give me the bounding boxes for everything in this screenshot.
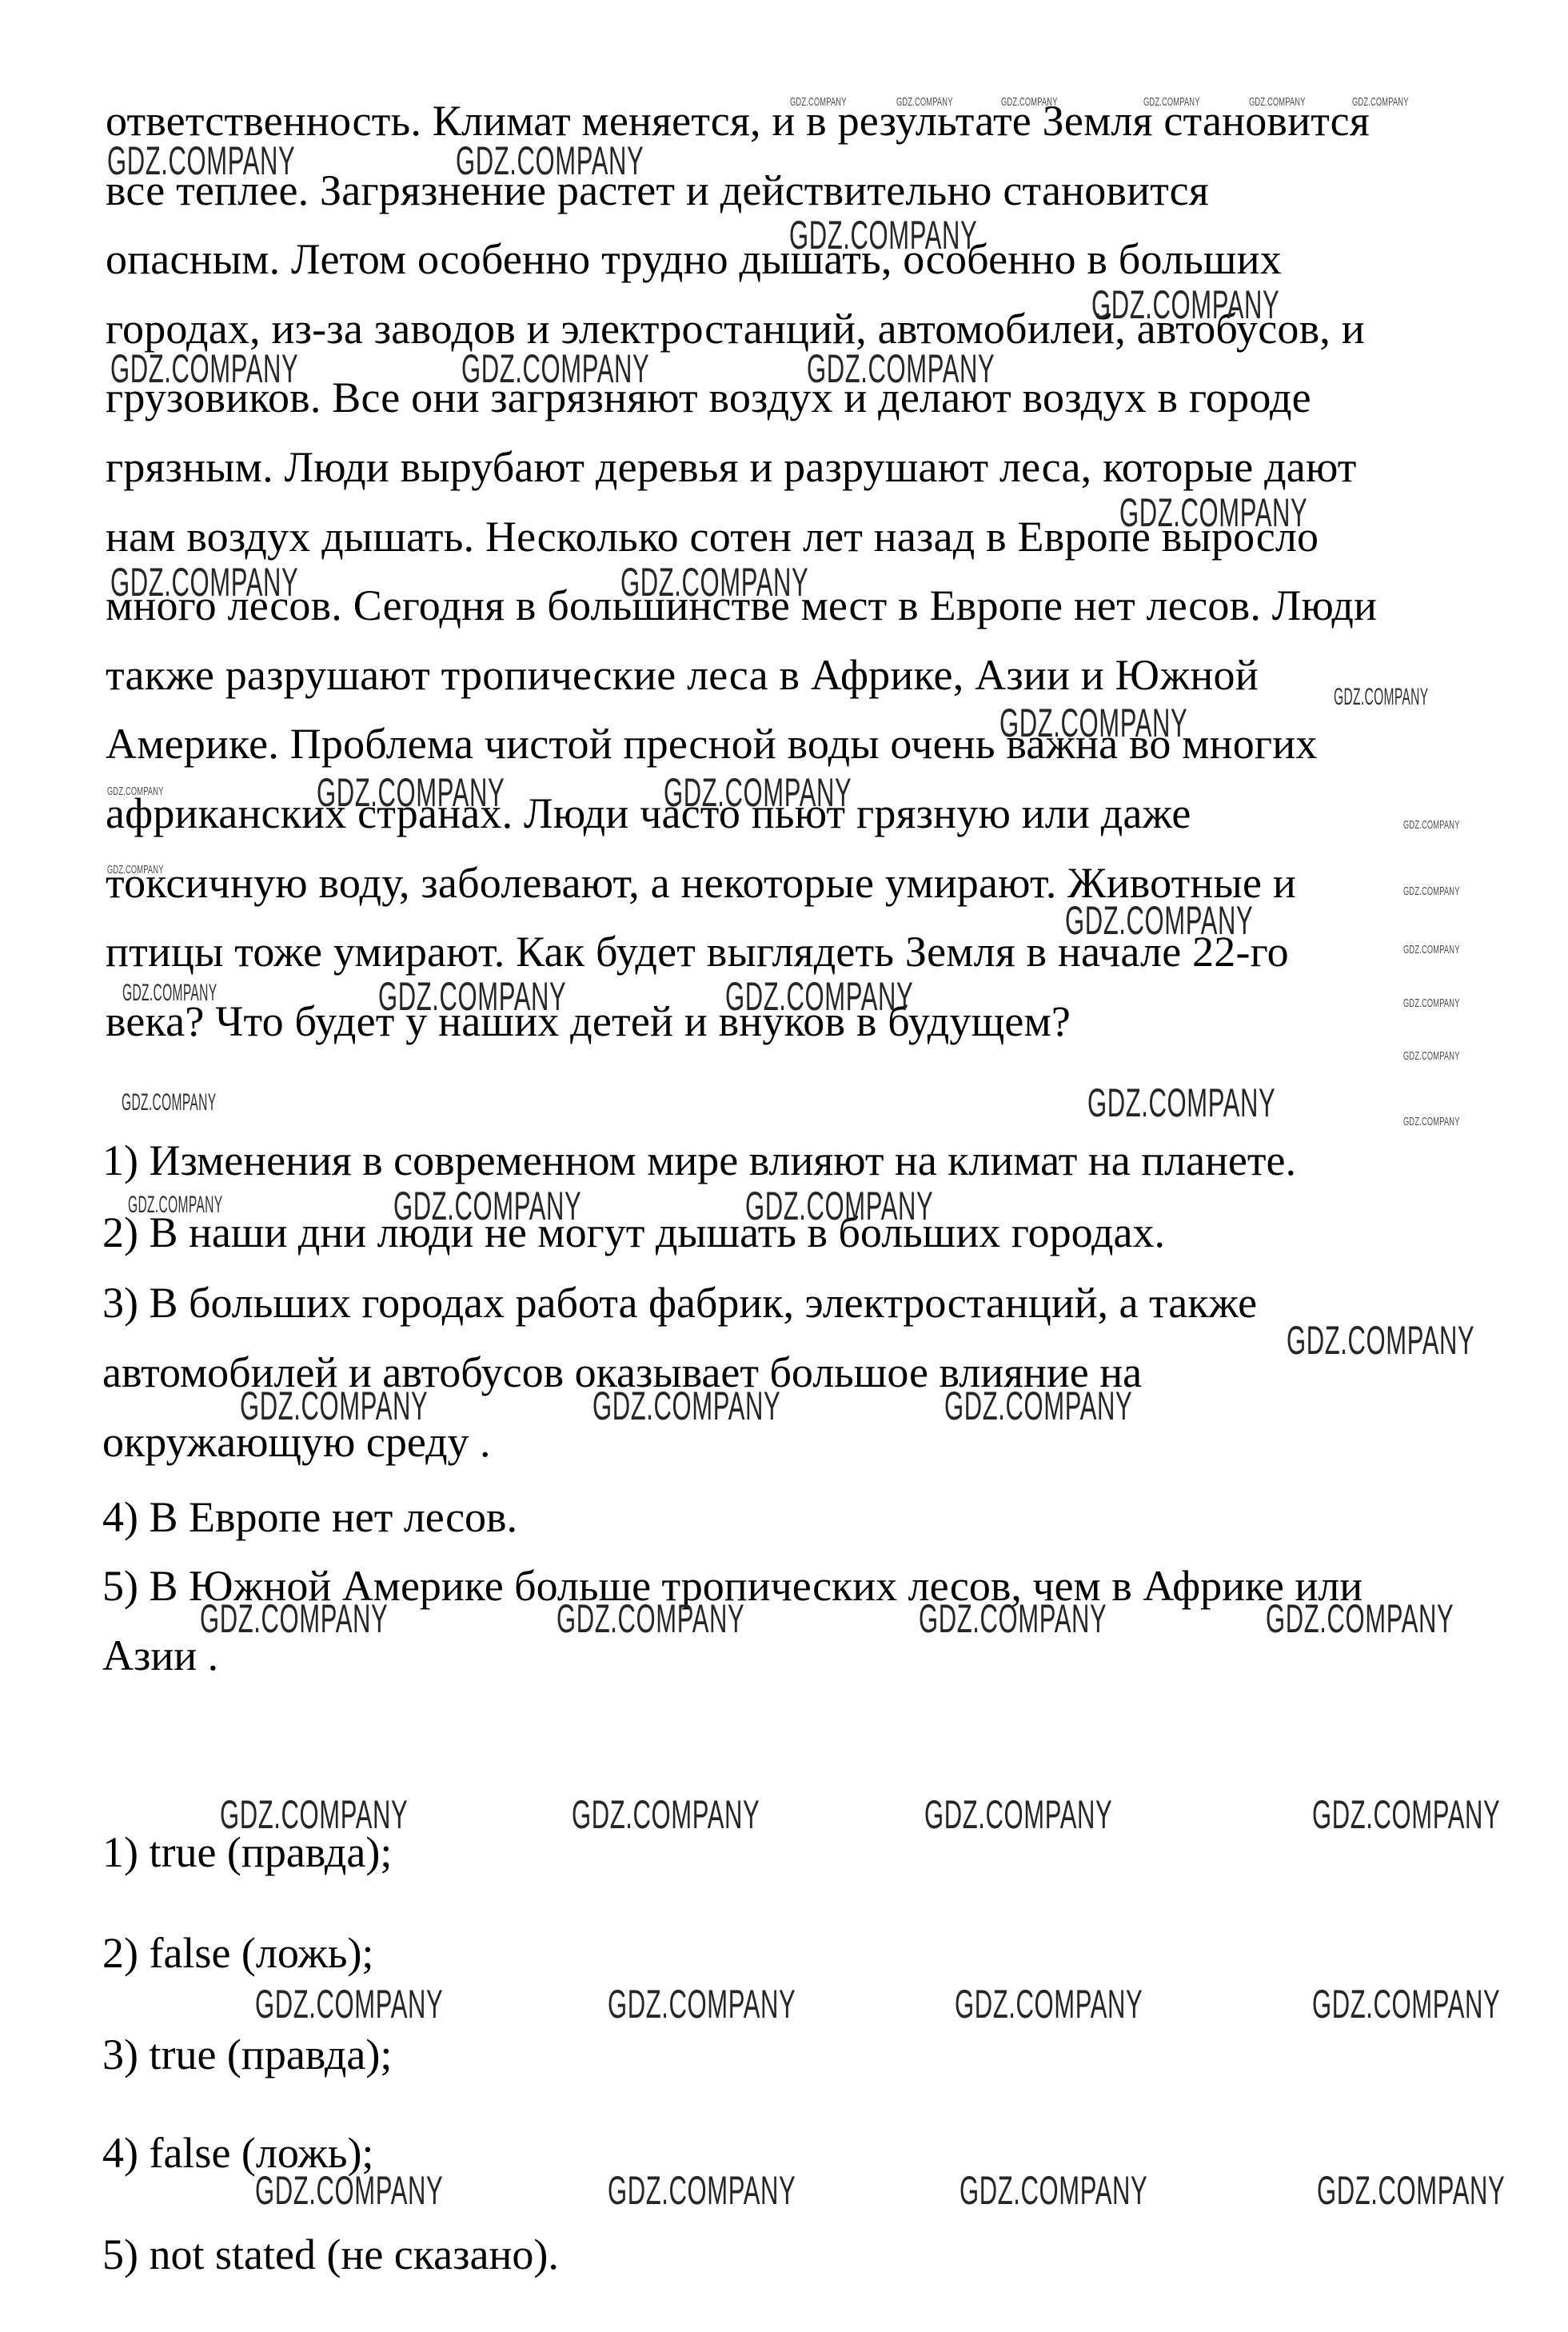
gdz-company-watermark: GDZ.COMPANY bbox=[1403, 1049, 1460, 1063]
gdz-company-watermark: GDZ.COMPANY bbox=[592, 1383, 780, 1429]
gdz-company-watermark: GDZ.COMPANY bbox=[999, 700, 1187, 746]
gdz-company-watermark: GDZ.COMPANY bbox=[608, 2167, 796, 2214]
gdz-company-watermark: GDZ.COMPANY bbox=[924, 1791, 1112, 1838]
gdz-company-watermark: GDZ.COMPANY bbox=[620, 559, 808, 605]
gdz-company-watermark: GDZ.COMPANY bbox=[317, 769, 505, 816]
gdz-company-watermark: GDZ.COMPANY bbox=[725, 973, 913, 1020]
gdz-company-watermark: GDZ.COMPANY bbox=[1001, 95, 1058, 109]
gdz-company-watermark: GDZ.COMPANY bbox=[789, 212, 977, 258]
statement-item: 4) В Европе нет лесов. bbox=[102, 1483, 517, 1552]
gdz-company-watermark: GDZ.COMPANY bbox=[1403, 996, 1460, 1010]
gdz-company-watermark: GDZ.COMPANY bbox=[955, 1981, 1143, 2027]
gdz-company-watermark: GDZ.COMPANY bbox=[807, 345, 995, 392]
gdz-company-watermark: GDZ.COMPANY bbox=[1065, 897, 1253, 944]
statement-line: 1) Изменения в современном мире влияют н… bbox=[102, 1126, 1296, 1196]
gdz-company-watermark: GDZ.COMPANY bbox=[456, 138, 644, 184]
gdz-company-watermark: GDZ.COMPANY bbox=[107, 863, 164, 876]
gdz-company-watermark: GDZ.COMPANY bbox=[1087, 1080, 1275, 1126]
gdz-company-watermark: GDZ.COMPANY bbox=[1403, 818, 1460, 832]
gdz-company-watermark: GDZ.COMPANY bbox=[1249, 95, 1306, 109]
gdz-company-watermark: GDZ.COMPANY bbox=[378, 973, 566, 1020]
gdz-company-watermark: GDZ.COMPANY bbox=[572, 1791, 760, 1838]
gdz-company-watermark: GDZ.COMPANY bbox=[1403, 1115, 1460, 1128]
gdz-company-watermark: GDZ.COMPANY bbox=[255, 2167, 443, 2214]
statement-item: 3) В больших городах работа фабрик, элек… bbox=[102, 1268, 1257, 1477]
gdz-company-watermark: GDZ.COMPANY bbox=[110, 345, 298, 392]
gdz-company-watermark: GDZ.COMPANY bbox=[200, 1595, 388, 1642]
gdz-company-watermark: GDZ.COMPANY bbox=[944, 1383, 1132, 1429]
gdz-company-watermark: GDZ.COMPANY bbox=[1352, 95, 1409, 109]
gdz-company-watermark: GDZ.COMPANY bbox=[896, 95, 953, 109]
gdz-company-watermark: GDZ.COMPANY bbox=[220, 1791, 408, 1838]
document-page: ответственность. Климат меняется, и в ре… bbox=[0, 0, 1568, 2332]
gdz-company-watermark: GDZ.COMPANY bbox=[1334, 684, 1428, 711]
gdz-company-watermark: GDZ.COMPANY bbox=[393, 1183, 581, 1229]
gdz-company-watermark: GDZ.COMPANY bbox=[1403, 884, 1460, 898]
gdz-company-watermark: GDZ.COMPANY bbox=[919, 1595, 1107, 1642]
gdz-company-watermark: GDZ.COMPANY bbox=[1119, 489, 1307, 536]
gdz-company-watermark: GDZ.COMPANY bbox=[1091, 282, 1279, 328]
gdz-company-watermark: GDZ.COMPANY bbox=[461, 345, 649, 392]
gdz-company-watermark: GDZ.COMPANY bbox=[960, 2167, 1147, 2214]
gdz-company-watermark: GDZ.COMPANY bbox=[122, 980, 217, 1007]
gdz-company-watermark: GDZ.COMPANY bbox=[608, 1981, 796, 2027]
statement-line: 4) В Европе нет лесов. bbox=[102, 1483, 517, 1552]
gdz-company-watermark: GDZ.COMPANY bbox=[128, 1192, 222, 1219]
statement-line: 3) В больших городах работа фабрик, элек… bbox=[102, 1268, 1257, 1338]
statement-item: 1) Изменения в современном мире влияют н… bbox=[102, 1126, 1296, 1196]
gdz-company-watermark: GDZ.COMPANY bbox=[1312, 1981, 1500, 2027]
gdz-company-watermark: GDZ.COMPANY bbox=[122, 1089, 216, 1116]
gdz-company-watermark: GDZ.COMPANY bbox=[745, 1183, 933, 1229]
gdz-company-watermark: GDZ.COMPANY bbox=[1287, 1317, 1474, 1364]
gdz-company-watermark: GDZ.COMPANY bbox=[107, 785, 164, 798]
gdz-company-watermark: GDZ.COMPANY bbox=[790, 95, 847, 109]
gdz-company-watermark: GDZ.COMPANY bbox=[664, 769, 852, 816]
statement-item: 2) В наши дни люди не могут дышать в бол… bbox=[102, 1198, 1165, 1268]
gdz-company-watermark: GDZ.COMPANY bbox=[557, 1595, 744, 1642]
gdz-company-watermark: GDZ.COMPANY bbox=[1403, 943, 1460, 956]
gdz-company-watermark: GDZ.COMPANY bbox=[1143, 95, 1200, 109]
statement-line: 2) В наши дни люди не могут дышать в бол… bbox=[102, 1198, 1165, 1268]
gdz-company-watermark: GDZ.COMPANY bbox=[107, 138, 295, 184]
gdz-company-watermark: GDZ.COMPANY bbox=[1312, 1791, 1500, 1838]
answer-item: 3) true (правда); bbox=[102, 2020, 392, 2090]
reading-text-line: все теплее. Загрязнение растет и действи… bbox=[106, 156, 1377, 226]
gdz-company-watermark: GDZ.COMPANY bbox=[1317, 2167, 1505, 2214]
gdz-company-watermark: GDZ.COMPANY bbox=[255, 1981, 443, 2027]
answer-item: 2) false (ложь); bbox=[102, 1919, 373, 1988]
answer-item: 5) not stated (не сказано). bbox=[102, 2220, 559, 2290]
gdz-company-watermark: GDZ.COMPANY bbox=[240, 1383, 428, 1429]
gdz-company-watermark: GDZ.COMPANY bbox=[110, 559, 298, 605]
gdz-company-watermark: GDZ.COMPANY bbox=[1266, 1595, 1454, 1642]
